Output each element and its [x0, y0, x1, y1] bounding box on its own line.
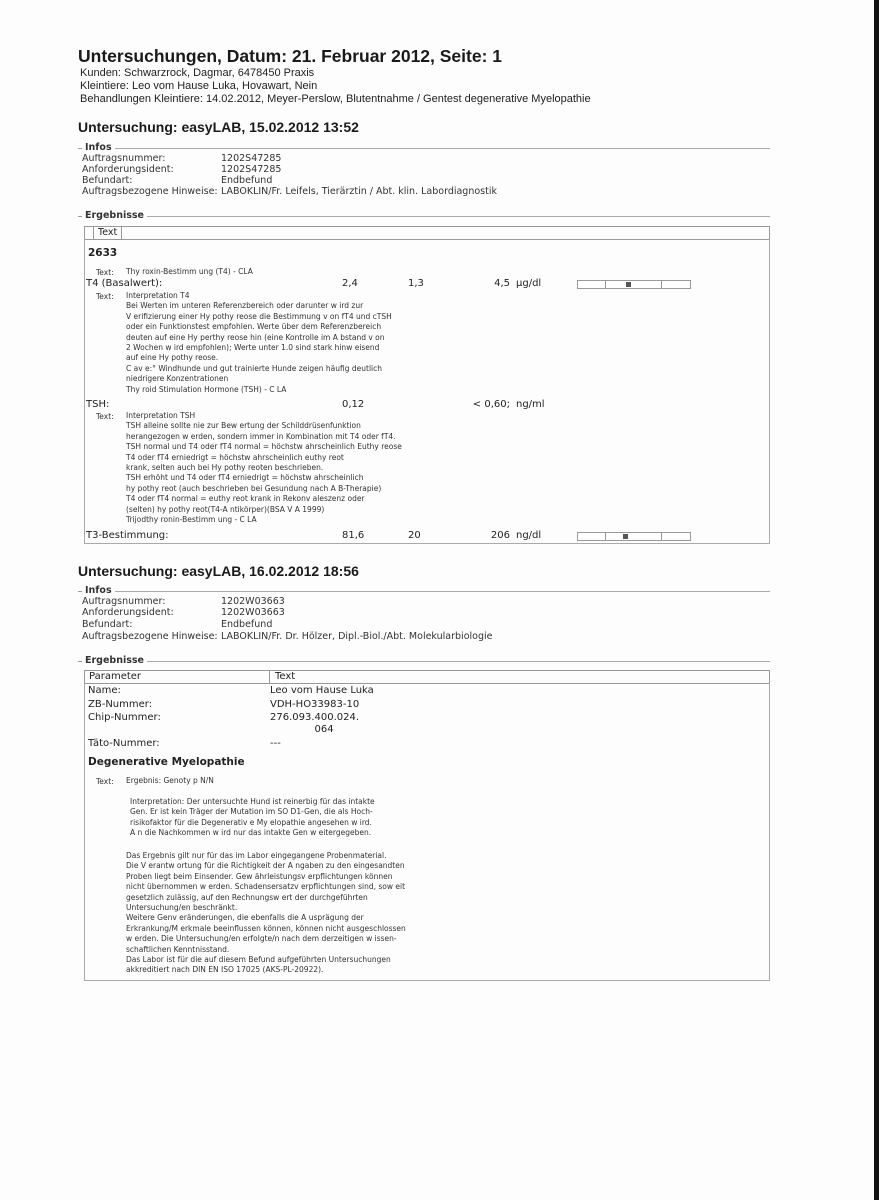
page-title: Untersuchungen, Datum: 21. Februar 2012,…	[78, 46, 502, 67]
customer-line: Kunden: Schwarzrock, Dagmar, 6478450 Pra…	[80, 67, 314, 79]
dm-disclaimer: Das Ergebnis gilt nur für das im Labor e…	[126, 851, 406, 976]
exam2-info-row: Befundart:Endbefund	[82, 619, 272, 630]
t4-reference-gauge	[577, 280, 691, 289]
exam1-info-row: Auftragsnummer:1202S47285	[82, 153, 281, 164]
exam1-table-header: Text	[84, 226, 770, 240]
text-label: Text:	[96, 412, 114, 421]
dm-interpretation: Interpretation: Der untersuchte Hund ist…	[130, 797, 375, 839]
exam2-info-row: Auftragsnummer:1202W03663	[82, 596, 285, 607]
exam2-info-row: Auftragsbezogene Hinweise:LABOKLIN/Fr. D…	[82, 631, 492, 642]
t3-reference-gauge	[577, 532, 691, 541]
group-2633: 2633	[88, 247, 117, 259]
infos-label: Infos	[85, 585, 115, 597]
t4-intro: Thy roxin-Bestimm ung (T4) - CLA	[126, 267, 253, 277]
exam2-info-row: Anforderungsident:1202W03663	[82, 607, 285, 618]
gauge-marker	[626, 282, 631, 287]
gauge-marker	[623, 534, 628, 539]
exam1-title: Untersuchung: easyLAB, 15.02.2012 13:52	[78, 119, 359, 135]
treatment-line: Behandlungen Kleintiere: 14.02.2012, Mey…	[80, 93, 591, 105]
scan-edge	[874, 0, 879, 1200]
column-header-parameter: Parameter	[89, 671, 141, 683]
exam2-title: Untersuchung: easyLAB, 16.02.2012 18:56	[78, 563, 359, 579]
exam1-info-row: Auftragsbezogene Hinweise:LABOKLIN/Fr. L…	[82, 186, 497, 197]
result-row-tsh: TSH: 0,12 < 0,60; ng/ml	[86, 399, 686, 411]
text-label: Text:	[96, 268, 114, 277]
column-header-text: Text	[94, 227, 122, 239]
column-header-text: Text	[275, 671, 295, 683]
results-label: Ergebnisse	[85, 655, 147, 667]
infos-label: Infos	[85, 142, 115, 154]
results-label: Ergebnisse	[85, 210, 147, 222]
exam1-results-legend: Ergebnisse	[78, 210, 770, 222]
text-label: Text:	[96, 777, 114, 786]
text-label: Text:	[96, 292, 114, 301]
exam1-info-row: Befundart:Endbefund	[82, 175, 272, 186]
header-spacer	[85, 227, 94, 239]
tsh-interpretation: Interpretation TSH TSH alleine sollte ni…	[126, 411, 402, 525]
group-degenerative-myelopathie: Degenerative Myelopathie	[88, 756, 245, 768]
dm-result: Ergebnis: Genoty p N/N	[126, 776, 214, 786]
t4-interpretation: Interpretation T4 Bei Werten im unteren …	[126, 291, 392, 395]
exam2-table-header: Parameter Text	[84, 670, 770, 684]
exam1-info-row: Anforderungsident:1202S47285	[82, 164, 281, 175]
pet-line: Kleintiere: Leo vom Hause Luka, Hovawart…	[80, 80, 317, 92]
exam2-results-legend: Ergebnisse	[78, 655, 770, 667]
